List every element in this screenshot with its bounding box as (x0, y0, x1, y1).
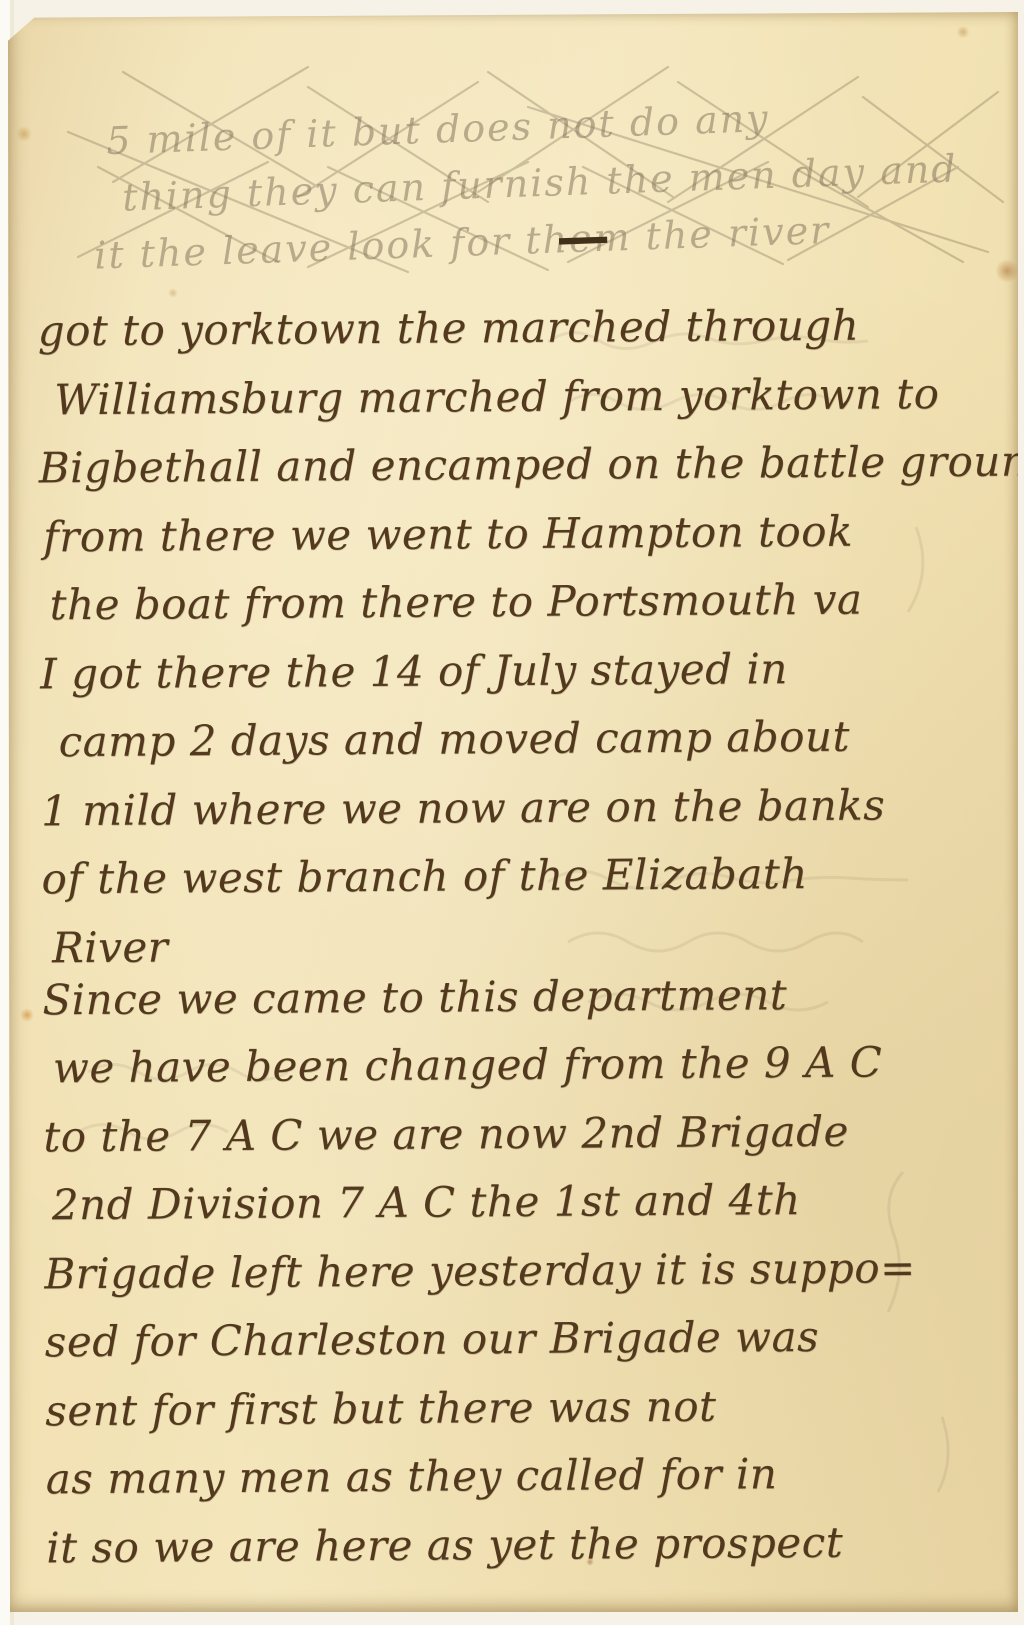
letter-line: Bigbethall and encamped on the battle gr… (38, 428, 996, 503)
stain (20, 1008, 34, 1022)
letter-line: got to yorktown the marched through (38, 291, 996, 366)
letter-line: River (42, 907, 1000, 966)
struck-out-pencil-note: 5 mile of it but does not do any thing t… (83, 82, 998, 285)
letter-line: 1 mild where we now are on the banks (41, 770, 999, 845)
letter-line: I got there the 14 of July stayed in (40, 633, 998, 708)
letter-line: 2nd Division 7 A C the 1st and 4th (44, 1165, 1002, 1240)
letter-line: of the west branch of the Elizabath (41, 839, 999, 914)
letter-text: got to yorktown the marched through Will… (38, 291, 1005, 1583)
stain (16, 126, 32, 142)
letter-page: 5 mile of it but does not do any thing t… (8, 12, 1018, 1612)
letter-line: sent for first but there was not (45, 1370, 1003, 1445)
letter-line: we have been changed from the 9 A C (43, 1028, 1001, 1103)
letter-line: to the 7 A C we are now 2nd Brigade (43, 1096, 1001, 1171)
letter-line: from there we went to Hampton took (39, 496, 997, 571)
letter-line: Williamsburg marched from yorktown to (38, 359, 996, 434)
letter-line: the boat from there to Portsmouth va (39, 565, 997, 640)
letter-line: sed for Charleston our Brigade was (45, 1302, 1003, 1377)
stain (956, 26, 970, 38)
letter-line: camp 2 days and moved camp about (40, 702, 998, 777)
stain (996, 258, 1018, 284)
letter-line: it so we are here as yet the prospect (46, 1507, 1004, 1582)
letter-line: as many men as they called for in (46, 1439, 1004, 1514)
letter-line: Brigade left here yesterday it is suppo= (44, 1233, 1002, 1308)
letter-line: Since we came to this department (42, 959, 1000, 1034)
divider-dash: — (555, 203, 611, 269)
